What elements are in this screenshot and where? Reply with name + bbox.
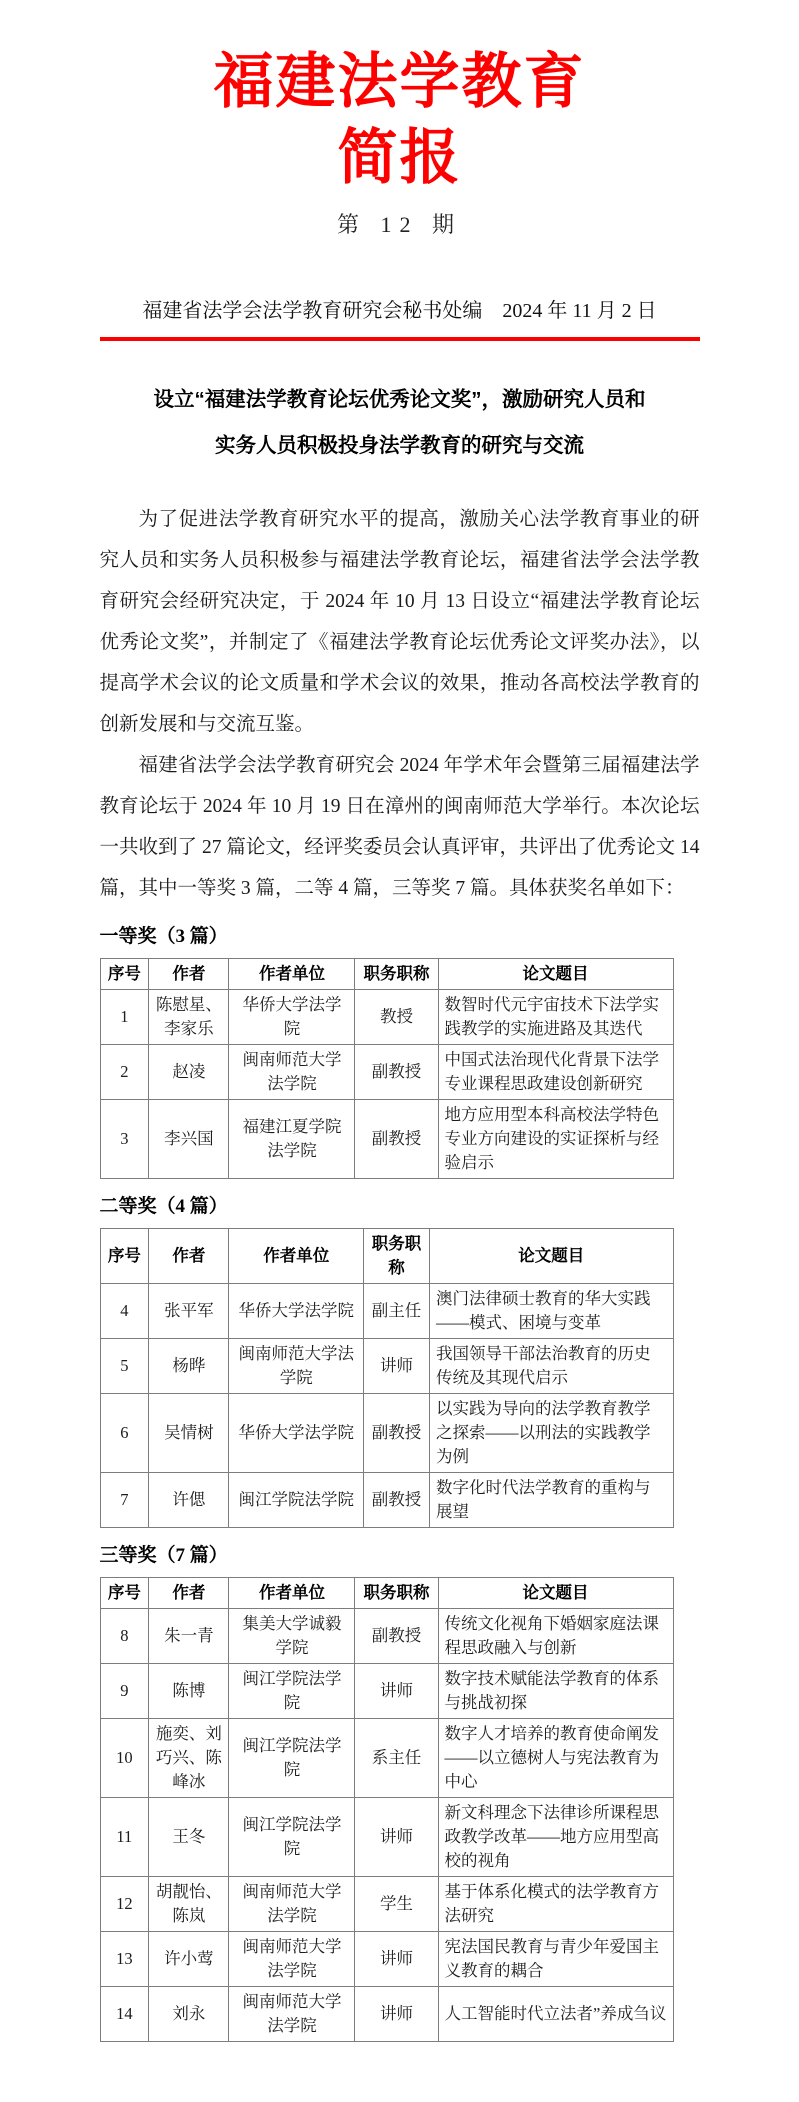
paper-title-cell: 数字技术赋能法学教育的体系与挑战初探 — [438, 1664, 673, 1719]
bulletin-title-line1: 福建法学教育 — [100, 44, 700, 120]
table-row: 9陈博闽江学院法学院讲师数字技术赋能法学教育的体系与挑战初探 — [100, 1664, 673, 1719]
table-row: 7许偲闽江学院法学院副教授数字化时代法学教育的重构与展望 — [100, 1473, 673, 1528]
table-header-row: 序号作者作者单位职务职称论文题目 — [100, 959, 673, 990]
column-header: 论文题目 — [438, 1578, 673, 1609]
bulletin-page: 福建法学教育 简报 第 12 期 福建省法学会法学教育研究会秘书处编 2024 … — [100, 0, 700, 2102]
paper-title-cell: 数字化时代法学教育的重构与展望 — [429, 1473, 673, 1528]
seq-cell: 14 — [100, 1987, 149, 2042]
affiliation-cell: 福建江夏学院法学院 — [229, 1100, 355, 1179]
role-cell: 系主任 — [355, 1719, 438, 1798]
paper-title-cell: 基于体系化模式的法学教育方法研究 — [438, 1877, 673, 1932]
author-cell: 刘永 — [149, 1987, 229, 2042]
author-cell: 吴情树 — [149, 1394, 229, 1473]
seq-cell: 6 — [100, 1394, 149, 1473]
role-cell: 副教授 — [355, 1100, 438, 1179]
role-cell: 讲师 — [364, 1339, 430, 1394]
role-cell: 讲师 — [355, 1932, 438, 1987]
column-header: 职务职称 — [355, 1578, 438, 1609]
award-section-first-prize: 一等奖（3 篇） 序号作者作者单位职务职称论文题目 1陈慰星、李家乐华侨大学法学… — [100, 923, 700, 1179]
role-cell: 副教授 — [355, 1045, 438, 1100]
paper-title-cell: 我国领导干部法治教育的历史传统及其现代启示 — [429, 1339, 673, 1394]
seq-cell: 4 — [100, 1284, 149, 1339]
table-row: 5杨晔闽南师范大学法学院讲师我国领导干部法治教育的历史传统及其现代启示 — [100, 1339, 673, 1394]
author-cell: 许小莺 — [149, 1932, 229, 1987]
first-prize-section-title: 一等奖（3 篇） — [100, 923, 700, 951]
table-row: 11王冬闽江学院法学院讲师新文科理念下法律诊所课程思政教学改革——地方应用型高校… — [100, 1798, 673, 1877]
first-prize-table: 序号作者作者单位职务职称论文题目 1陈慰星、李家乐华侨大学法学院教授数智时代元宇… — [100, 958, 674, 1179]
paper-title-cell: 新文科理念下法律诊所课程思政教学改革——地方应用型高校的视角 — [438, 1798, 673, 1877]
paper-title-cell: 澳门法律硕士教育的华大实践——模式、困境与变革 — [429, 1284, 673, 1339]
seq-cell: 9 — [100, 1664, 149, 1719]
seq-cell: 5 — [100, 1339, 149, 1394]
article-body: 设立“福建法学教育论坛优秀论文奖”，激励研究人员和 实务人员积极投身法学教育的研… — [100, 377, 700, 2042]
affiliation-cell: 集美大学诚毅学院 — [229, 1609, 355, 1664]
seq-cell: 11 — [100, 1798, 149, 1877]
column-header: 作者单位 — [229, 959, 355, 990]
seq-cell: 8 — [100, 1609, 149, 1664]
second-prize-section-title: 二等奖（4 篇） — [100, 1193, 700, 1221]
column-header: 职务职称 — [355, 959, 438, 990]
author-cell: 王冬 — [149, 1798, 229, 1877]
author-cell: 杨晔 — [149, 1339, 229, 1394]
red-divider — [100, 337, 700, 341]
bulletin-title-line2: 简报 — [100, 120, 700, 196]
paper-title-cell: 地方应用型本科高校法学特色专业方向建设的实证探析与经验启示 — [438, 1100, 673, 1179]
affiliation-cell: 闽江学院法学院 — [229, 1664, 355, 1719]
table-row: 8朱一青集美大学诚毅学院副教授传统文化视角下婚姻家庭法课程思政融入与创新 — [100, 1609, 673, 1664]
affiliation-cell: 闽江学院法学院 — [229, 1719, 355, 1798]
third-prize-table: 序号作者作者单位职务职称论文题目 8朱一青集美大学诚毅学院副教授传统文化视角下婚… — [100, 1577, 674, 2042]
author-cell: 李兴国 — [149, 1100, 229, 1179]
role-cell: 教授 — [355, 990, 438, 1045]
role-cell: 副主任 — [364, 1284, 430, 1339]
paper-title-cell: 中国式法治现代化背景下法学专业课程思政建设创新研究 — [438, 1045, 673, 1100]
table-row: 2赵凌闽南师范大学法学院副教授中国式法治现代化背景下法学专业课程思政建设创新研究 — [100, 1045, 673, 1100]
affiliation-cell: 闽南师范大学法学院 — [229, 1045, 355, 1100]
table-row: 4张平军华侨大学法学院副主任澳门法律硕士教育的华大实践——模式、困境与变革 — [100, 1284, 673, 1339]
column-header: 作者单位 — [229, 1229, 364, 1284]
column-header: 论文题目 — [429, 1229, 673, 1284]
paper-title-cell: 数智时代元宇宙技术下法学实践教学的实施进路及其迭代 — [438, 990, 673, 1045]
table-row: 6吴情树华侨大学法学院副教授以实践为导向的法学教育教学之探索——以刑法的实践教学… — [100, 1394, 673, 1473]
issue-number: 第 12 期 — [100, 210, 700, 240]
author-cell: 赵凌 — [149, 1045, 229, 1100]
table-header-row: 序号作者作者单位职务职称论文题目 — [100, 1578, 673, 1609]
affiliation-cell: 华侨大学法学院 — [229, 1284, 364, 1339]
role-cell: 副教授 — [355, 1609, 438, 1664]
paper-title-cell: 人工智能时代立法者”养成刍议 — [438, 1987, 673, 2042]
column-header: 序号 — [100, 959, 149, 990]
column-header: 作者单位 — [229, 1578, 355, 1609]
affiliation-cell: 华侨大学法学院 — [229, 990, 355, 1045]
affiliation-cell: 闽南师范大学法学院 — [229, 1339, 364, 1394]
role-cell: 讲师 — [355, 1798, 438, 1877]
table-row: 14刘永闽南师范大学法学院讲师人工智能时代立法者”养成刍议 — [100, 1987, 673, 2042]
affiliation-cell: 闽南师范大学法学院 — [229, 1877, 355, 1932]
column-header: 序号 — [100, 1229, 149, 1284]
role-cell: 副教授 — [364, 1473, 430, 1528]
article-heading-line2: 实务人员积极投身法学教育的研究与交流 — [100, 423, 700, 469]
article-heading: 设立“福建法学教育论坛优秀论文奖”，激励研究人员和 实务人员积极投身法学教育的研… — [100, 377, 700, 469]
third-prize-section-title: 三等奖（7 篇） — [100, 1542, 700, 1570]
column-header: 作者 — [149, 1229, 229, 1284]
table-row: 12胡靓怡、陈岚闽南师范大学法学院学生基于体系化模式的法学教育方法研究 — [100, 1877, 673, 1932]
seq-cell: 7 — [100, 1473, 149, 1528]
table-header-row: 序号作者作者单位职务职称论文题目 — [100, 1229, 673, 1284]
table-row: 10施奕、刘巧兴、陈峰冰闽江学院法学院系主任数字人才培养的教育使命阐发——以立德… — [100, 1719, 673, 1798]
paper-title-cell: 宪法国民教育与青少年爱国主义教育的耦合 — [438, 1932, 673, 1987]
role-cell: 学生 — [355, 1877, 438, 1932]
column-header: 作者 — [149, 1578, 229, 1609]
editor-line: 福建省法学会法学教育研究会秘书处编 2024 年 11 月 2 日 — [100, 296, 700, 326]
masthead: 福建法学教育 简报 第 12 期 福建省法学会法学教育研究会秘书处编 2024 … — [100, 44, 700, 341]
paragraph-results: 福建省法学会法学教育研究会 2024 年学术年会暨第三届福建法学教育论坛于 20… — [100, 745, 700, 909]
author-cell: 张平军 — [149, 1284, 229, 1339]
affiliation-cell: 闽江学院法学院 — [229, 1798, 355, 1877]
affiliation-cell: 闽江学院法学院 — [229, 1473, 364, 1528]
award-section-third-prize: 三等奖（7 篇） 序号作者作者单位职务职称论文题目 8朱一青集美大学诚毅学院副教… — [100, 1542, 700, 2042]
author-cell: 许偲 — [149, 1473, 229, 1528]
award-section-second-prize: 二等奖（4 篇） 序号作者作者单位职务职称论文题目 4张平军华侨大学法学院副主任… — [100, 1193, 700, 1528]
role-cell: 讲师 — [355, 1987, 438, 2042]
column-header: 职务职称 — [364, 1229, 430, 1284]
column-header: 作者 — [149, 959, 229, 990]
seq-cell: 1 — [100, 990, 149, 1045]
seq-cell: 2 — [100, 1045, 149, 1100]
table-row: 13许小莺闽南师范大学法学院讲师宪法国民教育与青少年爱国主义教育的耦合 — [100, 1932, 673, 1987]
affiliation-cell: 闽南师范大学法学院 — [229, 1932, 355, 1987]
article-heading-line1: 设立“福建法学教育论坛优秀论文奖”，激励研究人员和 — [100, 377, 700, 423]
author-cell: 朱一青 — [149, 1609, 229, 1664]
column-header: 论文题目 — [438, 959, 673, 990]
seq-cell: 10 — [100, 1719, 149, 1798]
author-cell: 陈博 — [149, 1664, 229, 1719]
author-cell: 胡靓怡、陈岚 — [149, 1877, 229, 1932]
seq-cell: 3 — [100, 1100, 149, 1179]
affiliation-cell: 闽南师范大学法学院 — [229, 1987, 355, 2042]
affiliation-cell: 华侨大学法学院 — [229, 1394, 364, 1473]
second-prize-table: 序号作者作者单位职务职称论文题目 4张平军华侨大学法学院副主任澳门法律硕士教育的… — [100, 1228, 674, 1528]
author-cell: 施奕、刘巧兴、陈峰冰 — [149, 1719, 229, 1798]
paper-title-cell: 数字人才培养的教育使命阐发——以立德树人与宪法教育为中心 — [438, 1719, 673, 1798]
author-cell: 陈慰星、李家乐 — [149, 990, 229, 1045]
table-row: 3李兴国福建江夏学院法学院副教授地方应用型本科高校法学特色专业方向建设的实证探析… — [100, 1100, 673, 1179]
paper-title-cell: 传统文化视角下婚姻家庭法课程思政融入与创新 — [438, 1609, 673, 1664]
seq-cell: 13 — [100, 1932, 149, 1987]
column-header: 序号 — [100, 1578, 149, 1609]
table-row: 1陈慰星、李家乐华侨大学法学院教授数智时代元宇宙技术下法学实践教学的实施进路及其… — [100, 990, 673, 1045]
role-cell: 讲师 — [355, 1664, 438, 1719]
paragraph-intro: 为了促进法学教育研究水平的提高，激励关心法学教育事业的研究人员和实务人员积极参与… — [100, 499, 700, 745]
role-cell: 副教授 — [364, 1394, 430, 1473]
seq-cell: 12 — [100, 1877, 149, 1932]
paper-title-cell: 以实践为导向的法学教育教学之探索——以刑法的实践教学为例 — [429, 1394, 673, 1473]
